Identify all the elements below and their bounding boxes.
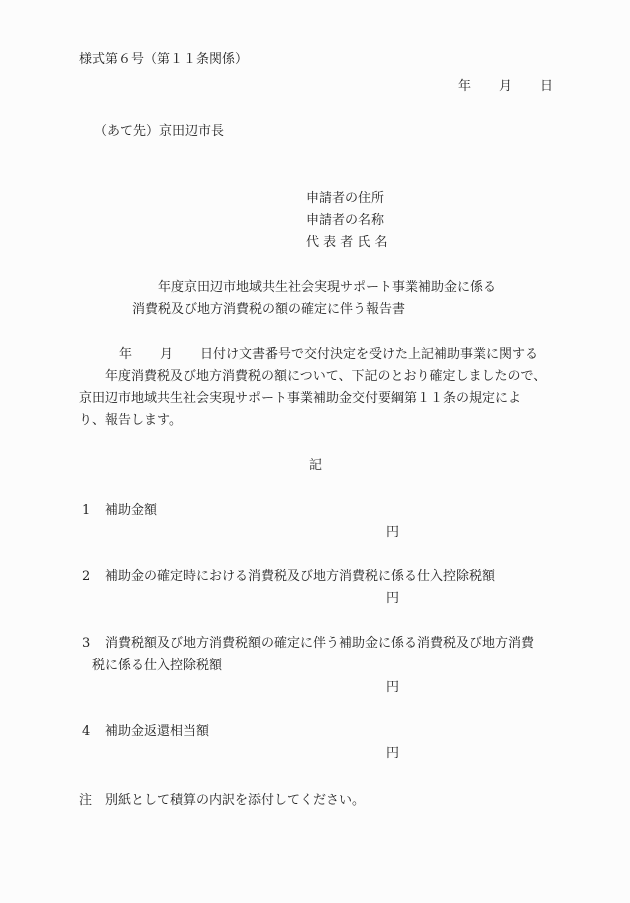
- body-line-3: 京田辺市地域共生社会実現サポート事業補助金交付要綱第１１条の規定によ: [79, 391, 521, 407]
- item-label: 補助金額: [105, 503, 157, 519]
- applicant-name-label: 申請者の名称: [306, 213, 384, 229]
- item-number: 1: [82, 503, 90, 519]
- body-line-1: 日付け文書番号で交付決定を受けた上記補助事業に関する: [200, 347, 538, 363]
- item-label: 補助金返還相当額: [105, 724, 209, 740]
- date-day: 日: [540, 79, 553, 95]
- yen-unit: 円: [386, 525, 399, 541]
- ki-heading: 記: [309, 458, 322, 474]
- item-number: 3: [82, 636, 90, 652]
- body-month: 月: [160, 347, 173, 363]
- item-label-continued: 税に係る仕入控除税額: [92, 658, 222, 674]
- yen-unit: 円: [386, 746, 399, 762]
- item-number: 2: [82, 569, 90, 585]
- addressee: （あて先）京田辺市長: [94, 124, 224, 140]
- title-line-1: 年度京田辺市地域共生社会実現サポート事業補助金に係る: [158, 280, 496, 296]
- applicant-address-label: 申請者の住所: [306, 191, 384, 207]
- item-number: 4: [82, 724, 90, 740]
- item-label: 消費税額及び地方消費税額の確定に伴う補助金に係る消費税及び地方消費: [105, 636, 534, 652]
- yen-unit: 円: [386, 591, 399, 607]
- date-month: 月: [499, 79, 512, 95]
- note-prefix: 注: [79, 793, 92, 809]
- note-text: 別紙として積算の内訳を添付してください。: [105, 793, 365, 809]
- form-label: 様式第６号（第１１条関係）: [79, 52, 248, 68]
- body-year: 年: [119, 347, 132, 363]
- yen-unit: 円: [386, 680, 399, 696]
- title-line-2: 消費税及び地方消費税の額の確定に伴う報告書: [132, 302, 405, 318]
- item-label: 補助金の確定時における消費税及び地方消費税に係る仕入控除税額: [105, 569, 495, 585]
- body-line-2: 年度消費税及び地方消費税の額について、下記のとおり確定しましたので、: [105, 369, 546, 385]
- representative-label: 代 表 者 氏 名: [306, 235, 388, 251]
- body-line-4: り、報告します。: [79, 413, 182, 429]
- date-year: 年: [458, 79, 471, 95]
